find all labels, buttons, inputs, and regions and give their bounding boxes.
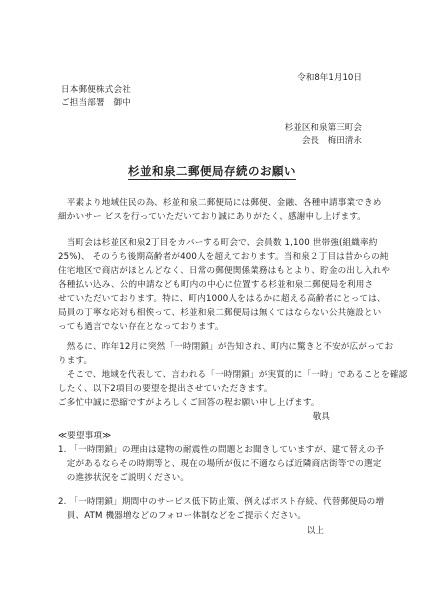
letter-date: 令和8年1月10日 [297, 71, 362, 85]
request-line: 1. 「一時閉鎖」の理由は建物の耐震性の問題とお聞きしていますが、建て替えの予 [58, 443, 384, 457]
request-line: 定があるならその時期等と、現在の場所が仮に不適ならば近隣商店街等での選定 [58, 457, 382, 471]
paragraph-line: 平素より地域住民の為、杉並和泉二郵便局には郵便、金融、各種申請事業できめ [58, 196, 382, 210]
request-line: の進捗状況をご説明ください。 [58, 471, 189, 485]
paragraph-line: 局員の丁寧な応対も相俟って、杉並和泉二郵便局は無くてはならない公共施設とい [58, 306, 381, 320]
recipient-department: ご担当部署 御中 [61, 96, 131, 110]
paragraph-line: したく、以下2項目の要望を提出させていただきます。 [58, 382, 273, 396]
paragraph-line: 25%)、 そのうち後期高齢者が400人を超えております。当和泉２丁目は昔からの… [58, 250, 389, 264]
end-mark-ijou: 以上 [307, 524, 324, 538]
paragraph-line: 当町会は杉並区和泉2丁目をカバーする町会で、会員数 1,100 世帯強(組織率約 [58, 236, 377, 250]
paragraph-line: ります。 [58, 354, 92, 368]
recipient-company: 日本郵便株式会社 [61, 83, 131, 97]
closing-keigu: 敬具 [313, 410, 330, 424]
paragraph-line: 然るに、昨年12月に突然「一時閉鎖」が告知され、町内に驚きと不安が広がってお [58, 340, 393, 354]
paragraph-line: 住宅地区で商店がほとんどなく、日常の郵便関係業務はもとより、貯金の出し入れや [58, 264, 390, 278]
paragraph-line: っても過言でない存在となっております。 [58, 320, 223, 334]
request-line: 員、ATM 機器増などのフォロー体制などをご提示ください。 [58, 509, 306, 523]
paragraph-line: 各種払い込み、公的申請なども町内の中心に位置する杉並和泉二郵便局を利用さ [58, 278, 373, 292]
requests-heading: ≪要望事項≫ [58, 429, 111, 443]
sender-organization: 杉並区和泉第三町会 [285, 121, 362, 135]
paragraph-line: ご多忙中誠に恐縮ですがよろしくご回答の程お願い申し上げます。 [58, 396, 320, 410]
paragraph-line: そこで、地域を代表して、言われる「一時閉鎖」が実質的に「一時」であることを確認 [58, 368, 407, 382]
letter-title-text: 杉並和泉二郵便局存続のお願い [128, 164, 296, 180]
request-line: 2. 「一時閉鎖」期間中のサービス低下防止策、例えばポスト存続、代替郵便局の増 [58, 495, 384, 509]
paragraph-line: せていただいております。特に、町内1000人をはるかに超える高齢者にとっては、 [58, 292, 386, 306]
paragraph-line: 細かいサー ビスを行っていただいており誠にありがたく、感謝申し上げます。 [58, 210, 366, 224]
letter-title: 杉並和泉二郵便局存続のお願い [0, 164, 424, 178]
sender-representative: 会長 梅田清永 [302, 134, 362, 148]
